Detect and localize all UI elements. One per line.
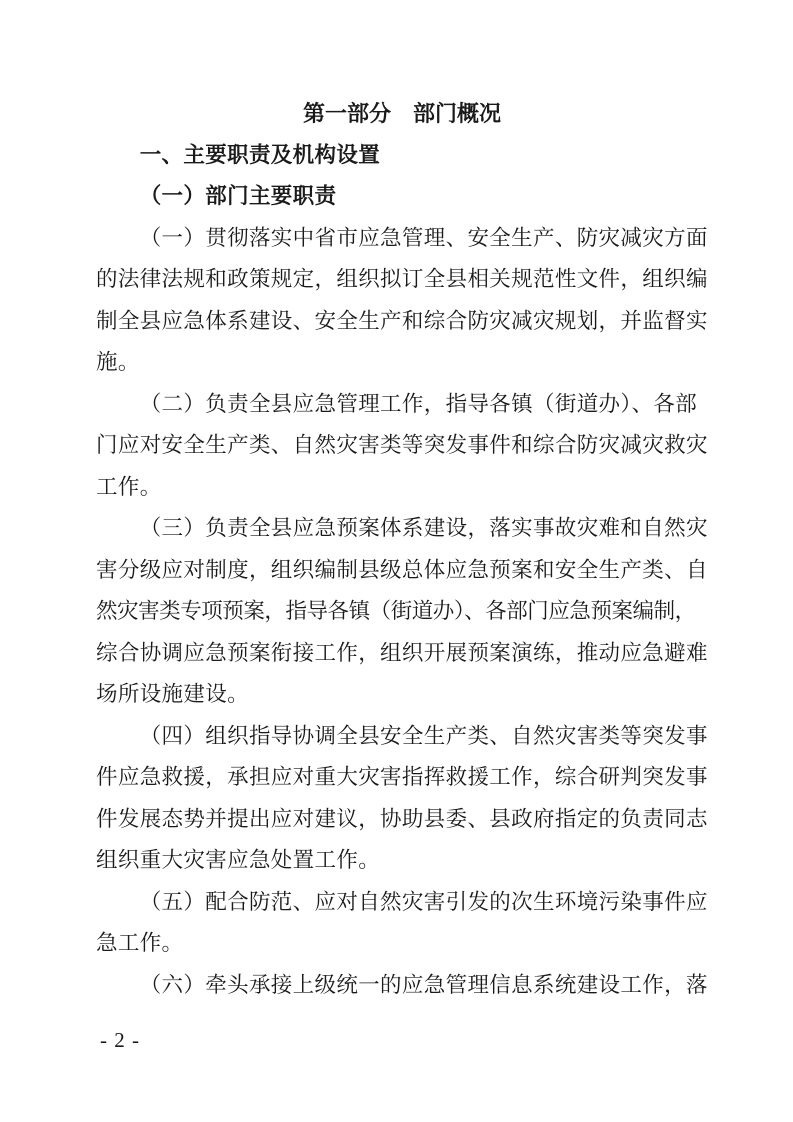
paragraph-line: （二）负责全县应急管理工作，指导各镇（街道办）、各部 — [96, 384, 708, 426]
paragraph-line: 的法律法规和政策规定，组织拟订全县相关规范性文件，组织编 — [96, 259, 708, 301]
paragraph-line: 制全县应急体系建设、安全生产和综合防灾减灾规划，并监督实 — [96, 301, 708, 343]
document-body: 第一部分 部门概况 一、主要职责及机构设置 （一）部门主要职责 （一）贯彻落实中… — [96, 93, 708, 1006]
paragraph-line: 施。 — [96, 342, 708, 384]
paragraph-line: （五）配合防范、应对自然灾害引发的次生环境污染事件应 — [96, 882, 708, 924]
paragraph-line: （六）牵头承接上级统一的应急管理信息系统建设工作，落 — [96, 965, 708, 1007]
paragraph-line: 工作。 — [96, 467, 708, 509]
paragraph-line: 害分级应对制度，组织编制县级总体应急预案和安全生产类、自 — [96, 550, 708, 592]
paragraph-line: 门应对安全生产类、自然灾害类等突发事件和综合防灾减灾救灾 — [96, 425, 708, 467]
subsection-heading: （一）部门主要职责 — [96, 176, 708, 218]
paragraph-line: 场所设施建设。 — [96, 674, 708, 716]
section-heading: 一、主要职责及机构设置 — [96, 135, 708, 177]
document-page: 第一部分 部门概况 一、主要职责及机构设置 （一）部门主要职责 （一）贯彻落实中… — [0, 0, 793, 1122]
paragraph-line: 组织重大灾害应急处置工作。 — [96, 840, 708, 882]
paragraph-line: 综合协调应急预案衔接工作，组织开展预案演练，推动应急避难 — [96, 633, 708, 675]
paragraph-line: （三）负责全县应急预案体系建设，落实事故灾难和自然灾 — [96, 508, 708, 550]
paragraph-line: （一）贯彻落实中省市应急管理、安全生产、防灾减灾方面 — [96, 218, 708, 260]
page-number: - 2 - — [100, 1028, 140, 1052]
paragraph-line: 件应急救援，承担应对重大灾害指挥救援工作，综合研判突发事 — [96, 757, 708, 799]
paragraph-line: 急工作。 — [96, 923, 708, 965]
paragraph-line: 然灾害类专项预案，指导各镇（街道办）、各部门应急预案编制， — [96, 591, 708, 633]
paragraph-line: （四）组织指导协调全县安全生产类、自然灾害类等突发事 — [96, 716, 708, 758]
document-title: 第一部分 部门概况 — [96, 93, 708, 135]
paragraph-line: 件发展态势并提出应对建议，协助县委、县政府指定的负责同志 — [96, 799, 708, 841]
